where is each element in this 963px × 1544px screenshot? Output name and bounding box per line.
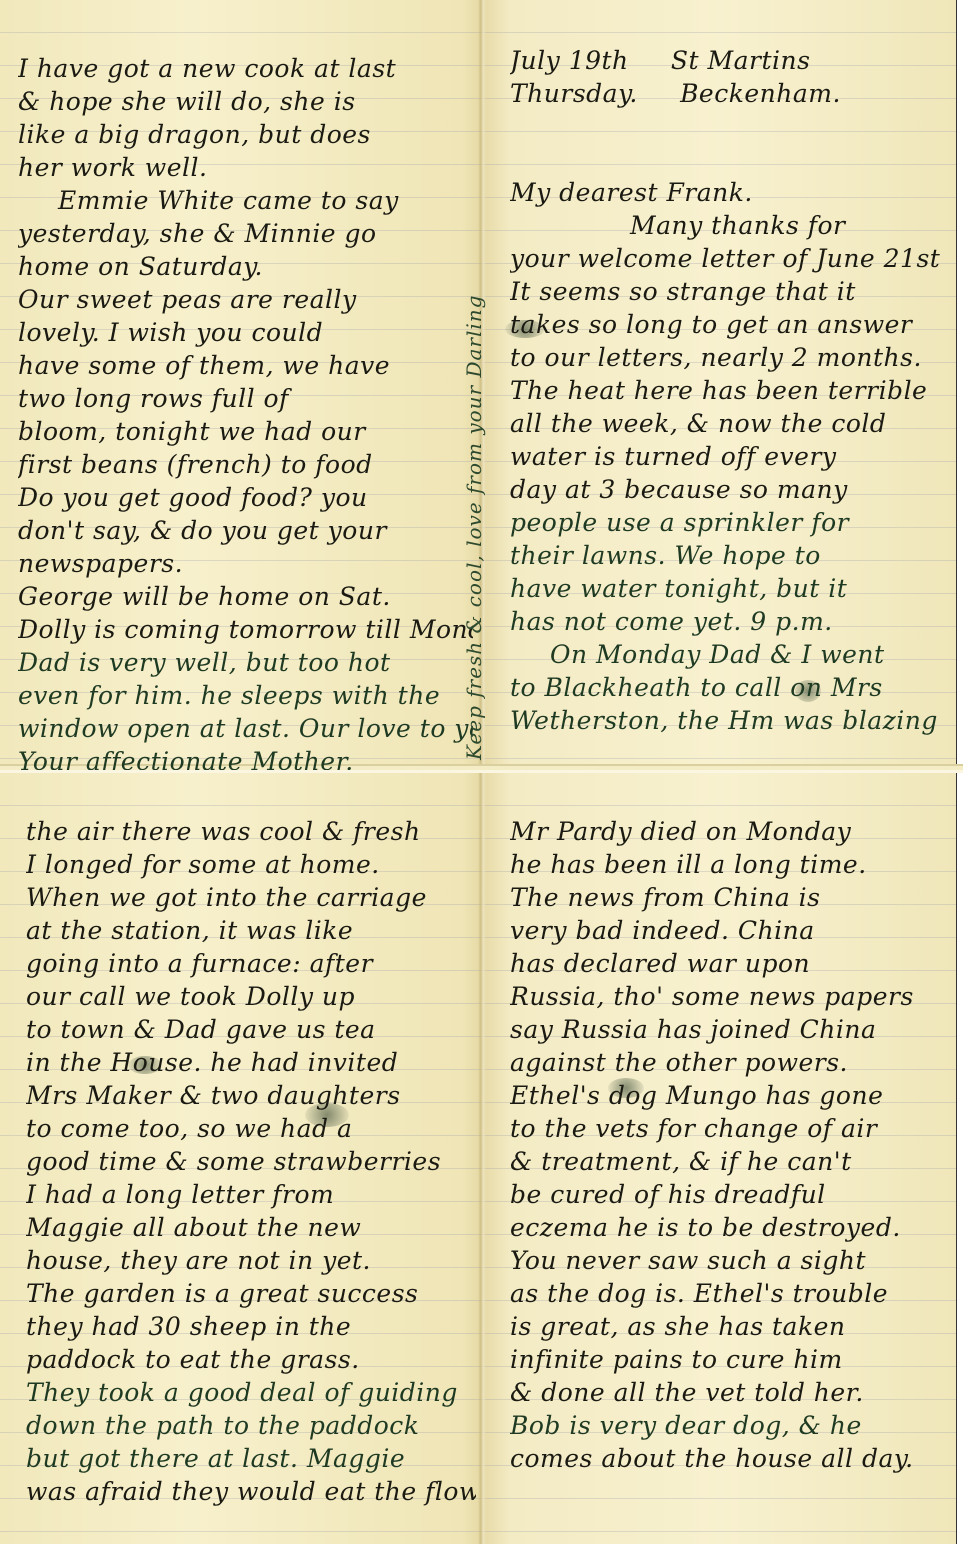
text-line: to Blackheath to call on Mrs bbox=[510, 671, 955, 704]
text-line: Do you get good food? you bbox=[18, 481, 473, 514]
text-line: yesterday, she & Minnie go bbox=[18, 217, 473, 250]
text-line: they had 30 sheep in the bbox=[26, 1310, 476, 1343]
text-line: don't say, & do you get your bbox=[18, 514, 473, 547]
text-line: infinite pains to cure him bbox=[510, 1343, 955, 1376]
text-line: has not come yet. 9 p.m. bbox=[510, 605, 955, 638]
text-line: like a big dragon, but does bbox=[18, 118, 473, 151]
text-line: even for him. he sleeps with the bbox=[18, 679, 473, 712]
text-line: at the station, it was like bbox=[26, 914, 476, 947]
text-line: down the path to the paddock bbox=[26, 1409, 476, 1442]
text-line: all the week, & now the cold bbox=[510, 407, 955, 440]
text-line: against the other powers. bbox=[510, 1046, 955, 1079]
text-line: The garden is a great success bbox=[26, 1277, 476, 1310]
bottom-left-column: the air there was cool & fresh I longed … bbox=[26, 815, 476, 1508]
text-line: paddock to eat the grass. bbox=[26, 1343, 476, 1376]
text-line: bloom, tonight we had our bbox=[18, 415, 473, 448]
letter-sheet-top: I have got a new cook at last & hope she… bbox=[0, 0, 963, 766]
text-line: house, they are not in yet. bbox=[26, 1244, 476, 1277]
text-line: people use a sprinkler for bbox=[510, 506, 955, 539]
letter-header-line1: July 19th St Martins bbox=[510, 44, 955, 77]
text-line: I longed for some at home. bbox=[26, 848, 476, 881]
text-line: he has been ill a long time. bbox=[510, 848, 955, 881]
text-line: takes so long to get an answer bbox=[510, 308, 955, 341]
text-line: her work well. bbox=[18, 151, 473, 184]
letter-address-line1: St Martins bbox=[671, 46, 811, 75]
text-line: going into a furnace: after bbox=[26, 947, 476, 980]
text-line: first beans (french) to food bbox=[18, 448, 473, 481]
text-line: is great, as she has taken bbox=[510, 1310, 955, 1343]
text-line: Dolly is coming tomorrow till Monday bbox=[18, 613, 473, 646]
text-line: Our sweet peas are really bbox=[18, 283, 473, 316]
paper-edge bbox=[956, 773, 963, 1544]
text-line: have water tonight, but it bbox=[510, 572, 955, 605]
salutation: My dearest Frank. bbox=[510, 176, 955, 209]
letter-sheet-bottom: the air there was cool & fresh I longed … bbox=[0, 770, 963, 1544]
center-fold bbox=[478, 773, 486, 1544]
text-line: On Monday Dad & I went bbox=[510, 638, 955, 671]
letter-date: July 19th bbox=[510, 46, 629, 75]
text-line: say Russia has joined China bbox=[510, 1013, 955, 1046]
text-line: have some of them, we have bbox=[18, 349, 473, 382]
text-line: Mrs Maker & two daughters bbox=[26, 1079, 476, 1112]
top-left-column: I have got a new cook at last & hope she… bbox=[18, 52, 473, 778]
text-line: & treatment, & if he can't bbox=[510, 1145, 955, 1178]
text-line: two long rows full of bbox=[18, 382, 473, 415]
text-line: Many thanks for bbox=[510, 209, 955, 242]
text-line: Dad is very well, but too hot bbox=[18, 646, 473, 679]
text-line: was afraid they would eat the flowers bbox=[26, 1475, 476, 1508]
text-line: & done all the vet told her. bbox=[510, 1376, 955, 1409]
text-line: eczema he is to be destroyed. bbox=[510, 1211, 955, 1244]
text-line: Ethel's dog Mungo has gone bbox=[510, 1079, 955, 1112]
text-line: It seems so strange that it bbox=[510, 275, 955, 308]
text-line: the air there was cool & fresh bbox=[26, 815, 476, 848]
text-line: good time & some strawberries bbox=[26, 1145, 476, 1178]
paper-edge bbox=[956, 0, 963, 764]
text-line: our call we took Dolly up bbox=[26, 980, 476, 1013]
text-line: Russia, tho' some news papers bbox=[510, 980, 955, 1013]
text-line: Emmie White came to say bbox=[18, 184, 473, 217]
text-line: has declared war upon bbox=[510, 947, 955, 980]
text-line: to our letters, nearly 2 months. bbox=[510, 341, 955, 374]
text-line: in the House. he had invited bbox=[26, 1046, 476, 1079]
text-line: window open at last. Our love to you bbox=[18, 712, 473, 745]
bottom-right-column: Mr Pardy died on Monday he has been ill … bbox=[510, 815, 955, 1475]
text-line: The heat here has been terrible bbox=[510, 374, 955, 407]
text-line: Wetherston, the Hm was blazing bbox=[510, 704, 955, 737]
text-line: your welcome letter of June 21st bbox=[510, 242, 955, 275]
text-line: George will be home on Sat. bbox=[18, 580, 473, 613]
text-line: I have got a new cook at last bbox=[18, 52, 473, 85]
text-line: home on Saturday. bbox=[18, 250, 473, 283]
text-line: to the vets for change of air bbox=[510, 1112, 955, 1145]
text-line: their lawns. We hope to bbox=[510, 539, 955, 572]
letter-day: Thursday. bbox=[510, 79, 638, 108]
text-line: I had a long letter from bbox=[26, 1178, 476, 1211]
text-line: to come too, so we had a bbox=[26, 1112, 476, 1145]
text-line: You never saw such a sight bbox=[510, 1244, 955, 1277]
text-line: day at 3 because so many bbox=[510, 473, 955, 506]
text-line: to town & Dad gave us tea bbox=[26, 1013, 476, 1046]
text-line: The news from China is bbox=[510, 881, 955, 914]
text-line: water is turned off every bbox=[510, 440, 955, 473]
text-line: be cured of his dreadful bbox=[510, 1178, 955, 1211]
text-line: comes about the house all day. bbox=[510, 1442, 955, 1475]
text-line: very bad indeed. China bbox=[510, 914, 955, 947]
text-line: lovely. I wish you could bbox=[18, 316, 473, 349]
text-line: Bob is very dear dog, & he bbox=[510, 1409, 955, 1442]
text-line: newspapers. bbox=[18, 547, 473, 580]
text-line: but got there at last. Maggie bbox=[26, 1442, 476, 1475]
text-line: When we got into the carriage bbox=[26, 881, 476, 914]
text-line: Mr Pardy died on Monday bbox=[510, 815, 955, 848]
letter-address-line2: Beckenham. bbox=[680, 79, 841, 108]
top-right-column: July 19th St Martins Thursday. Beckenham… bbox=[510, 44, 955, 737]
text-line: They took a good deal of guiding bbox=[26, 1376, 476, 1409]
text-line: as the dog is. Ethel's trouble bbox=[510, 1277, 955, 1310]
text-line: Maggie all about the new bbox=[26, 1211, 476, 1244]
margin-postscript: Keep fresh & cool, love from your Darlin… bbox=[462, 295, 486, 760]
text-line: & hope she will do, she is bbox=[18, 85, 473, 118]
letter-header-line2: Thursday. Beckenham. bbox=[510, 77, 955, 110]
